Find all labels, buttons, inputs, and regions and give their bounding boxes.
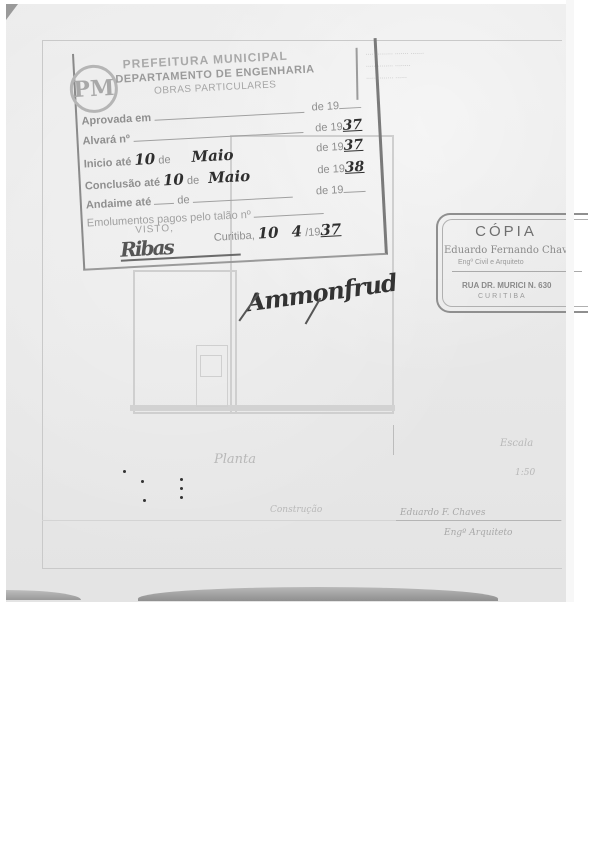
field-label: Conclusão até: [85, 177, 161, 193]
field-year: de 19: [316, 181, 366, 198]
field-year: de 1937: [315, 117, 363, 135]
ink-dot: [123, 470, 126, 473]
connector: de: [158, 154, 171, 167]
ink-dot: [180, 478, 183, 481]
field-line: [192, 187, 292, 203]
copy-stamp-title: CÓPIA: [438, 223, 574, 240]
year-prefix: de 19: [311, 100, 339, 113]
copy-stamp-role: Engº Civil e Arquiteto: [458, 259, 524, 266]
scan-right-edge: [566, 0, 574, 602]
faint-line: ..... ........ ......: [366, 68, 566, 83]
plan-label-scale-value: 1:50: [515, 468, 535, 478]
frame-line-top: [42, 40, 562, 41]
place-date: Curitiba, 10 4 /1937: [213, 218, 374, 244]
plan-window: [200, 355, 222, 377]
handwritten-month: 4: [291, 222, 302, 241]
handwritten-month: Maio: [191, 146, 234, 166]
field-year: de 19: [311, 97, 361, 114]
copy-stamp-divider: [452, 271, 582, 272]
ink-dot: [180, 487, 183, 490]
field-line: [154, 193, 175, 205]
page-corner-fold: [6, 4, 18, 20]
field-line: [254, 203, 324, 218]
field-year: de 1937: [316, 137, 364, 155]
field-line: [343, 181, 366, 193]
plan-signature-1: Eduardo F. Chaves: [400, 508, 485, 518]
copy-stamp-name: Eduardo Fernando Chav: [444, 245, 568, 256]
handwritten-day: 10: [257, 223, 279, 242]
handwritten-month: Maio: [208, 167, 251, 187]
plan-label-escala: Escala: [500, 438, 533, 449]
ink-dot: [180, 496, 183, 499]
connector: de: [177, 194, 190, 207]
handwritten-year: 37: [343, 137, 363, 154]
handwritten-year: 37: [342, 117, 362, 134]
copy-stamp-city: CURITIBA: [478, 293, 527, 300]
handwritten-day: 10: [134, 150, 156, 169]
plan-label-construcao: Construção: [270, 505, 322, 515]
copy-stamp-address: RUA DR. MURICI N. 630: [462, 281, 552, 290]
field-year: de 1938: [317, 159, 365, 177]
place-city: Curitiba,: [214, 230, 256, 244]
plan-wall-bottom: [130, 405, 395, 411]
approval-stamp: PM PREFEITURA MUNICIPAL DEPARTAMENTO DE …: [72, 38, 388, 271]
ink-dot: [141, 480, 144, 483]
plan-label-planta: Planta: [214, 452, 256, 467]
field-label: Aprovada em: [81, 112, 151, 128]
year-prefix: de 19: [317, 163, 345, 176]
field-label: Inicio até: [83, 156, 131, 170]
frame-line-left: [42, 40, 43, 568]
field-label: Andaime até: [86, 196, 152, 211]
handwritten-day: 10: [163, 170, 185, 189]
year-prefix: /19: [305, 226, 321, 239]
handwritten-year: 37: [320, 220, 342, 239]
handwritten-year: 38: [344, 159, 364, 176]
plan-dimension-tick: [393, 425, 394, 455]
year-prefix: de 19: [316, 184, 344, 197]
field-line: [154, 102, 304, 121]
municipal-seal-icon: PM: [69, 64, 119, 114]
year-prefix: de 19: [315, 121, 343, 134]
field-label: Alvará nº: [82, 133, 130, 147]
faint-stamp-top-right: ..... ........ ....... ....... ..... ...…: [356, 44, 567, 100]
visto-label: VISTO,: [135, 223, 174, 236]
plan-signature-2: Engº Arquiteto: [444, 528, 512, 538]
signature-line: [396, 520, 561, 521]
frame-line-bottom: [42, 568, 562, 569]
connector: de: [187, 175, 200, 188]
field-line: [133, 122, 303, 142]
year-prefix: de 19: [316, 141, 344, 154]
ink-dot: [143, 499, 146, 502]
